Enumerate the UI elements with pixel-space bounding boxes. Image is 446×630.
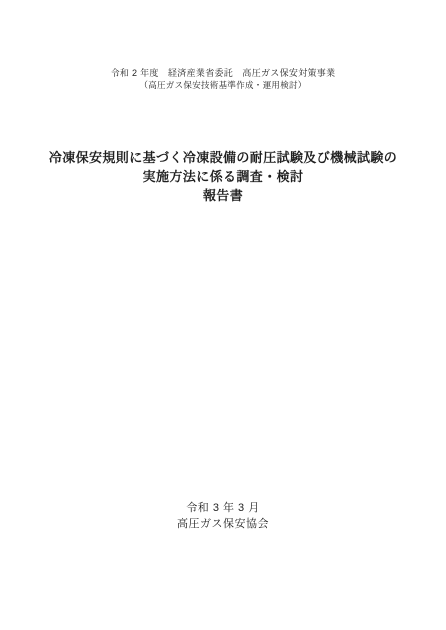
- report-title-line-1: 冷凍保安規則に基づく冷凍設備の耐圧試験及び機械試験の: [0, 148, 446, 167]
- report-title: 冷凍保安規則に基づく冷凍設備の耐圧試験及び機械試験の 実施方法に係る調査・検討 …: [0, 148, 446, 205]
- publication-info: 令和 3 年 3 月 高圧ガス保安協会: [0, 500, 446, 532]
- project-name-line: 令和 2 年度 経済産業省委託 高圧ガス保安対策事業: [0, 67, 446, 79]
- project-header: 令和 2 年度 経済産業省委託 高圧ガス保安対策事業 （高圧ガス保安技術基準作成…: [0, 67, 446, 91]
- project-subtitle-line: （高圧ガス保安技術基準作成・運用検討）: [0, 79, 446, 91]
- report-title-line-2: 実施方法に係る調査・検討: [0, 167, 446, 186]
- publisher-organization: 高圧ガス保安協会: [0, 516, 446, 532]
- report-title-line-3: 報告書: [0, 186, 446, 205]
- publication-date: 令和 3 年 3 月: [0, 500, 446, 516]
- report-cover-page: 令和 2 年度 経済産業省委託 高圧ガス保安対策事業 （高圧ガス保安技術基準作成…: [0, 0, 446, 630]
